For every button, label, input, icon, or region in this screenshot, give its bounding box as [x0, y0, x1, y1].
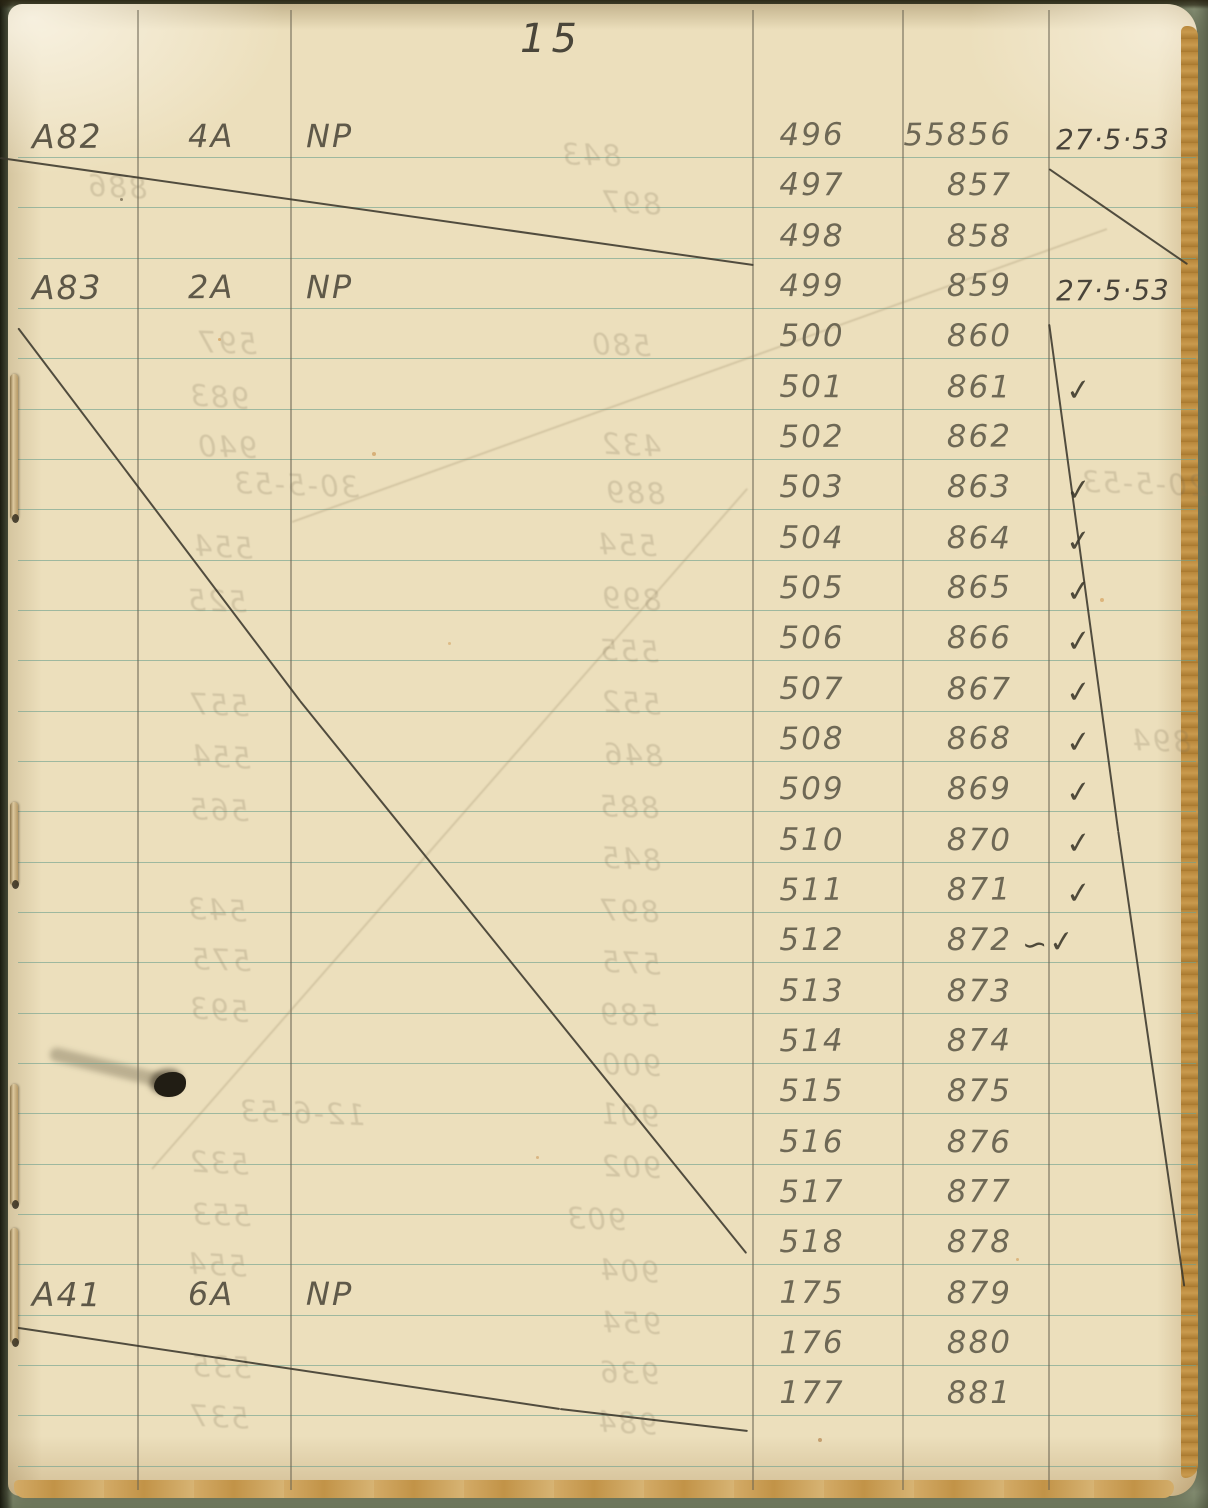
register-cell: 877: [878, 1173, 1012, 1210]
ghost-text: 903: [564, 1201, 627, 1237]
register-cell: 867: [878, 670, 1012, 707]
serial-cell: 505: [768, 570, 856, 607]
register-cell: 876: [878, 1123, 1012, 1160]
ghost-text: 894: [1129, 723, 1192, 759]
ghost-text: 543: [185, 891, 248, 928]
ghost-text: 899: [599, 580, 662, 617]
serial-cell: 496: [768, 117, 856, 154]
ghost-text: 897: [599, 184, 662, 221]
ghost-text: 902: [599, 1149, 662, 1185]
serial-cell: 517: [768, 1174, 856, 1211]
ruled-line: [18, 1466, 1196, 1467]
serial-cell: 510: [768, 821, 856, 858]
page-fore-edge-bottom: [14, 1480, 1174, 1498]
serial-cell: 497: [768, 167, 856, 203]
register-cell: 862: [878, 418, 1012, 455]
serial-cell: 512: [768, 922, 856, 958]
register-cell: 857: [878, 167, 1012, 203]
serial-cell: 502: [768, 419, 856, 456]
page-number: 15: [520, 16, 583, 62]
ref-cell: A41: [32, 1274, 103, 1314]
column-line: [137, 10, 139, 1490]
checkmark: ✓: [1064, 875, 1095, 913]
sewing-hole: [12, 1338, 19, 1347]
register-cell: 872: [878, 922, 1012, 958]
serial-cell: 501: [768, 368, 856, 405]
checkmark: ✓: [1064, 371, 1095, 409]
ref-cell: A83: [32, 268, 103, 308]
ghost-text: 846: [601, 737, 664, 773]
serial-cell: 503: [768, 469, 856, 505]
serial-cell: 499: [768, 268, 856, 305]
mark-cell: NP: [306, 117, 354, 155]
ghost-text: 983: [187, 378, 251, 416]
scanned-notebook-photo: 15 88659798394030-5-53554525557554565543…: [0, 0, 1208, 1508]
mark-cell: NP: [306, 268, 354, 306]
sewing-hole: [12, 514, 19, 523]
register-cell: 869: [878, 771, 1012, 807]
ghost-text: 575: [189, 942, 252, 978]
ink-smudge: [154, 1072, 186, 1097]
register-cell: 860: [878, 318, 1012, 354]
serial-cell: 518: [768, 1224, 856, 1260]
register-cell: 873: [878, 972, 1012, 1009]
serial-cell: 515: [768, 1073, 856, 1109]
register-cell: 866: [878, 620, 1012, 656]
register-cell: 881: [878, 1375, 1012, 1411]
strike-line: [17, 327, 301, 701]
serial-cell: 498: [768, 217, 856, 254]
ink-smudge-streak: [48, 1046, 168, 1089]
checkmark: ✓: [1064, 573, 1095, 611]
ref-cell: A82: [32, 117, 103, 157]
size-cell: 2A: [188, 268, 235, 306]
serial-cell: 511: [768, 872, 856, 909]
register-cell: 863: [878, 469, 1012, 505]
ghost-text: 554: [595, 527, 658, 563]
strike-line: [1048, 168, 1187, 265]
register-cell: 868: [878, 720, 1012, 757]
ghost-text: 30-5-53: [231, 466, 359, 504]
register-cell: 878: [878, 1224, 1012, 1260]
serial-cell: 507: [768, 670, 856, 707]
register-cell: 861: [878, 368, 1012, 405]
ghost-text: 554: [191, 528, 254, 565]
ghost-text: 565: [187, 792, 250, 828]
mark-cell: NP: [306, 1274, 354, 1312]
serial-cell: 509: [768, 771, 856, 807]
ghost-text: 845: [599, 840, 662, 877]
paper-speck: [1100, 598, 1104, 602]
ghost-text: 936: [597, 1355, 660, 1391]
ghost-text: 553: [189, 1197, 252, 1233]
ghost-text: 900: [599, 1047, 662, 1083]
binding-thread: [10, 374, 18, 520]
ghost-text: 984: [595, 1404, 658, 1441]
register-cell: 880: [878, 1324, 1012, 1361]
register-cell: 55856: [878, 116, 1012, 153]
paper-speck: [818, 1438, 822, 1442]
register-cell: 871: [878, 871, 1012, 908]
register-cell: 879: [878, 1274, 1012, 1311]
ghost-text: 843: [559, 137, 622, 173]
register-cell: 874: [878, 1022, 1012, 1059]
ghost-text: 589: [597, 997, 660, 1033]
sewing-hole: [12, 1200, 19, 1209]
paper-speck: [218, 338, 221, 341]
checkmark: ∽✓: [1020, 924, 1078, 964]
ghost-text: 575: [599, 944, 662, 981]
size-cell: 4A: [188, 117, 235, 155]
ruled-line: [18, 509, 1196, 510]
paper-speck: [120, 198, 123, 201]
binding-thread: [10, 1084, 18, 1206]
ruled-line: [18, 308, 1196, 309]
ghost-text: 597: [195, 325, 258, 361]
register-cell: 859: [878, 267, 1012, 304]
serial-cell: 506: [768, 620, 856, 656]
serial-cell: 514: [768, 1023, 856, 1060]
serial-cell: 500: [768, 318, 856, 354]
ghost-text: 885: [597, 789, 660, 825]
checkmark: ✓: [1064, 824, 1095, 862]
checkmark: ✓: [1064, 774, 1095, 812]
register-cell: 864: [878, 519, 1012, 556]
ghost-text: 554: [189, 738, 252, 775]
paper-speck: [1016, 1258, 1019, 1261]
serial-cell: 508: [768, 721, 856, 758]
paper-speck: [448, 642, 451, 645]
column-line: [290, 10, 292, 1490]
strike-line: [1117, 831, 1185, 1286]
size-cell: 6A: [188, 1274, 235, 1312]
serial-cell: 177: [768, 1375, 856, 1411]
serial-cell: 504: [768, 519, 856, 556]
paper-speck: [372, 452, 376, 456]
checkmark: ✓: [1064, 724, 1095, 762]
ghost-text: 889: [603, 475, 666, 511]
ghost-text: 532: [187, 1144, 250, 1181]
binding-thread: [10, 802, 18, 886]
date-cell: 27·5·53: [1056, 123, 1170, 157]
ghost-text: 432: [599, 426, 662, 463]
register-cell: 875: [878, 1073, 1012, 1109]
column-line: [1048, 10, 1050, 1490]
strike-line: [12, 1326, 560, 1410]
register-cell: 858: [878, 217, 1012, 254]
ghost-text: 954: [599, 1305, 662, 1341]
ghost-text: 12-6-53: [237, 1094, 365, 1132]
ghost-text: 537: [187, 1398, 250, 1435]
ghost-text: 552: [599, 684, 662, 721]
checkmark: ✓: [1064, 673, 1095, 711]
serial-cell: 175: [768, 1274, 856, 1311]
sewing-hole: [12, 880, 19, 889]
serial-cell: 516: [768, 1123, 856, 1160]
ghost-text: 897: [597, 893, 660, 929]
paper-speck: [536, 1156, 539, 1159]
ledger-page: 15 88659798394030-5-53554525557554565543…: [8, 4, 1197, 1496]
ghost-text: 557: [187, 687, 250, 723]
ghost-text: 580: [589, 327, 652, 363]
ghost-text: 904: [597, 1252, 660, 1289]
ghost-text: 940: [195, 429, 258, 465]
serial-cell: 513: [768, 972, 856, 1009]
ghost-text: 994 20-5-53: [1079, 465, 1208, 506]
register-cell: 870: [878, 821, 1012, 858]
ghost-text: 901: [597, 1096, 660, 1133]
date-cell: 27·5·53: [1056, 273, 1170, 307]
serial-cell: 176: [768, 1325, 856, 1362]
strike-line: [299, 700, 747, 1253]
ghost-text: 555: [597, 633, 660, 669]
ghost-text: 593: [187, 991, 251, 1029]
register-cell: 865: [878, 569, 1012, 606]
binding-thread: [10, 1228, 18, 1344]
column-line: [752, 10, 754, 1490]
